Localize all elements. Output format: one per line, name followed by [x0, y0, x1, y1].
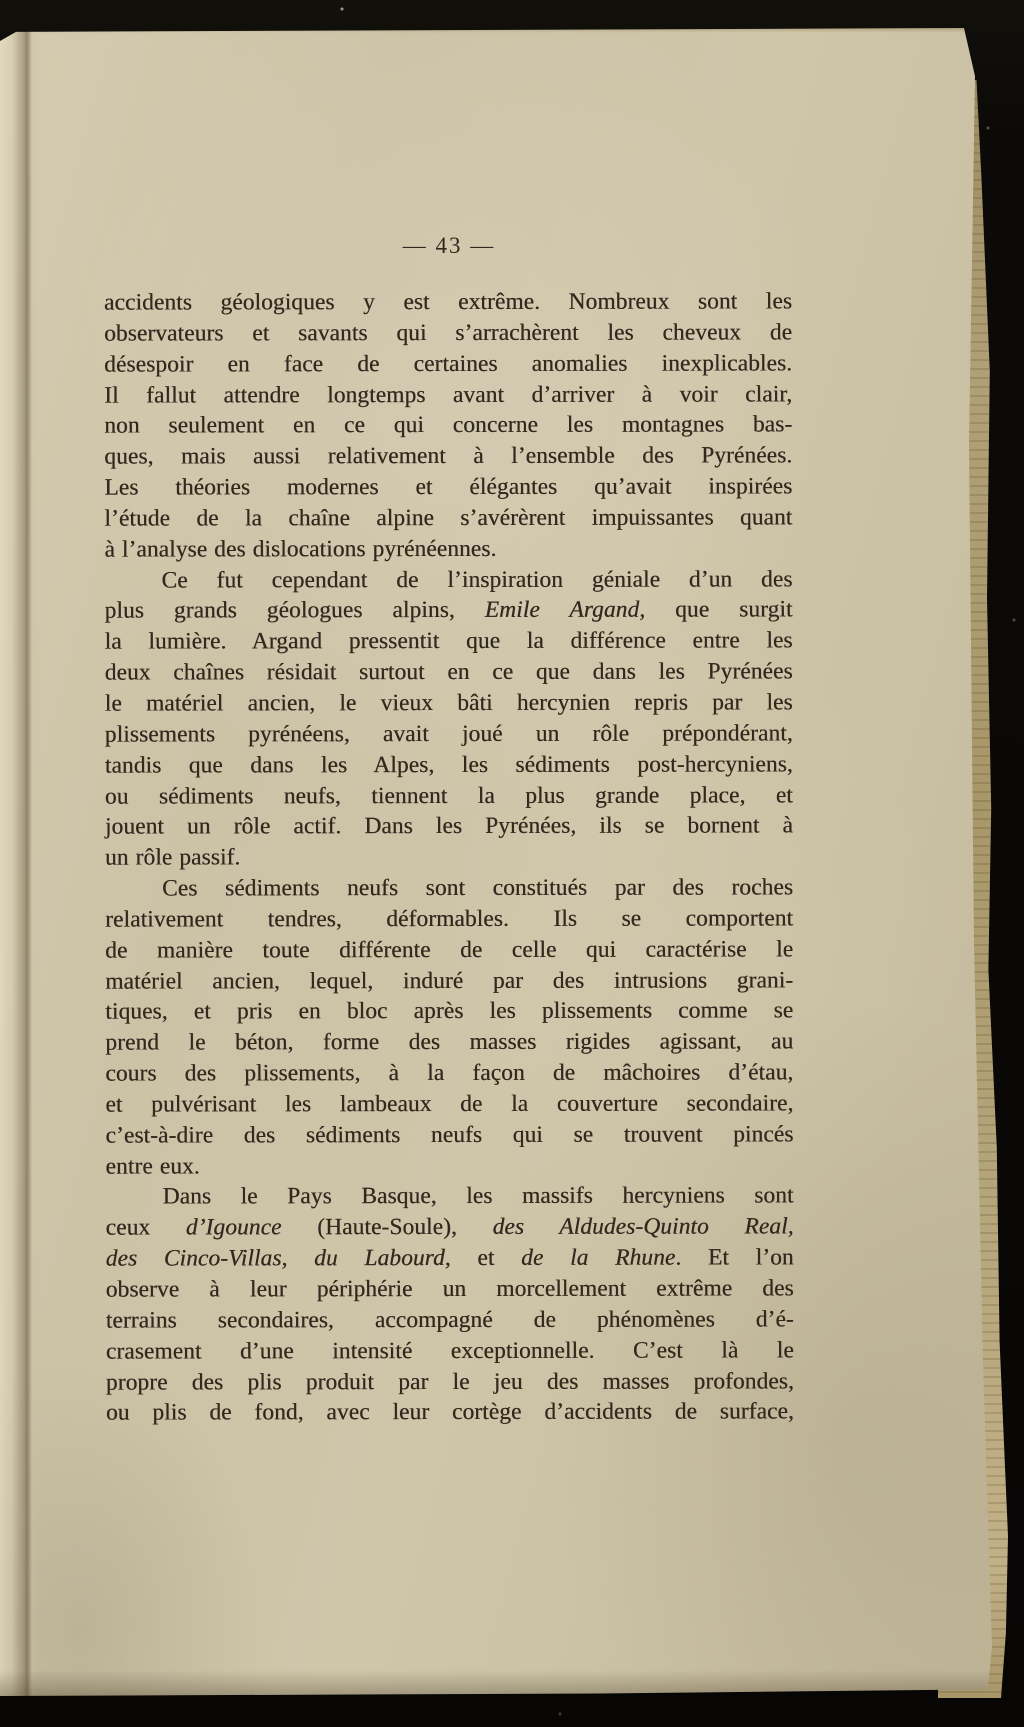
text-segment: tiques, et pris en bloc après les plisse… [105, 998, 793, 1025]
text-segment: Il fallut attendre longtemps avant d’arr… [104, 381, 792, 408]
text-line: Dans le Pays Basque, les massifs hercyni… [106, 1181, 794, 1213]
text-line: non seulement en ce qui concerne les mon… [104, 410, 792, 442]
page-bottom-shadow [0, 1670, 1000, 1696]
text-segment: de la Rhune [521, 1245, 675, 1271]
paragraph: accidents géologiques y est extrême. Nom… [104, 286, 792, 565]
text-block: accidents géologiques y est extrême. Nom… [104, 286, 794, 1428]
paragraph: Ce fut cependant de l’inspiration génial… [104, 564, 793, 874]
text-segment: Les théories modernes et élégantes qu’av… [104, 473, 792, 500]
text-line: la lumière. Argand pressentit que la dif… [105, 626, 793, 658]
text-segment: cours des plissements, à la façon de mâc… [105, 1059, 793, 1086]
text-line: prend le béton, forme des masses rigides… [105, 1027, 793, 1059]
text-segment: . Et l’on [675, 1245, 793, 1271]
text-line: désespoir en face de certaines anomalies… [104, 348, 792, 380]
text-line: un rôle passif. [105, 842, 793, 874]
text-segment: terrains secondaires, accompagné de phén… [106, 1306, 794, 1333]
text-segment: le matériel ancien, le vieux bâti hercyn… [105, 689, 793, 716]
text-segment: et pulvérisant les lambeaux de la couver… [105, 1090, 793, 1117]
text-line: matériel ancien, lequel, induré par des … [105, 965, 793, 997]
text-line: le matériel ancien, le vieux bâti hercyn… [105, 687, 793, 719]
text-line: accidents géologiques y est extrême. Nom… [104, 286, 792, 318]
text-line: Ce fut cependant de l’inspiration génial… [104, 564, 792, 596]
text-line: Les théories modernes et élégantes qu’av… [104, 471, 792, 503]
text-line: ques, mais aussi relativement à l’ensemb… [104, 441, 792, 473]
text-line: terrains secondaires, accompagné de phén… [106, 1304, 794, 1336]
text-line: Il fallut attendre longtemps avant d’arr… [104, 379, 792, 411]
text-line: jouent un rôle actif. Dans les Pyrénées,… [105, 811, 793, 843]
text-line: tiques, et pris en bloc après les plisse… [105, 996, 793, 1028]
text-line: plus grands géologues alpins, Emile Arga… [105, 595, 793, 627]
text-line: observe à leur périphérie un morcellemen… [106, 1273, 794, 1305]
text-segment: accidents géologiques y est extrême. Nom… [104, 288, 792, 315]
text-line: tandis que dans les Alpes, les sédiments… [105, 749, 793, 781]
text-segment: plus grands géologues alpins, [105, 597, 485, 624]
text-segment: observateurs et savants qui s’arrachèren… [104, 319, 792, 346]
page-left-crease [0, 26, 40, 1696]
text-segment: relativement tendres, déformables. Ils s… [105, 905, 793, 932]
text-segment: Dans le Pays Basque, les massifs hercyni… [163, 1183, 794, 1210]
text-segment: ou sédiments neufs, tiennent la plus gra… [105, 782, 793, 809]
text-segment: Ces sédiments neufs sont constitués par … [162, 874, 793, 901]
page-top-edge [20, 26, 970, 33]
text-segment: entre eux. [106, 1153, 200, 1179]
text-segment: d’Igounce [186, 1215, 282, 1241]
text-segment: un rôle passif. [105, 845, 240, 871]
text-segment: Ce fut cependant de l’inspiration génial… [161, 566, 792, 593]
text-segment: matériel ancien, lequel, induré par des … [105, 967, 793, 994]
text-line: de manière toute différente de celle qui… [105, 934, 793, 966]
text-segment: et [451, 1245, 521, 1271]
text-line: c’est-à-dire des sédiments neufs qui se … [105, 1119, 793, 1151]
text-line: propre des plis produit par le jeu des m… [106, 1366, 794, 1398]
text-segment: des Cinco-Villas, du Labourd, [106, 1245, 451, 1272]
text-line: observateurs et savants qui s’arrachèren… [104, 317, 792, 349]
text-segment: la lumière. Argand pressentit que la dif… [105, 628, 793, 655]
text-segment: ceux [106, 1215, 186, 1241]
text-segment: à l’analyse des dislocations pyrénéennes… [104, 536, 496, 563]
photo-background: — 43 — accidents géologiques y est extrê… [0, 0, 1024, 1727]
text-line: ceux d’Igounce (Haute-Soule), des Aldude… [106, 1212, 794, 1244]
text-segment: c’est-à-dire des sédiments neufs qui se … [105, 1121, 793, 1148]
text-segment: des Aldudes-Quinto Real, [493, 1214, 794, 1241]
text-line: ou sédiments neufs, tiennent la plus gra… [105, 780, 793, 812]
text-segment: jouent un rôle actif. Dans les Pyrénées,… [105, 813, 793, 840]
text-line: et pulvérisant les lambeaux de la couver… [105, 1088, 793, 1120]
text-line: deux chaînes résidait surtout en ce que … [105, 657, 793, 689]
text-segment: non seulement en ce qui concerne les mon… [104, 412, 792, 439]
text-segment: ou plis de fond, avec leur cortège d’acc… [106, 1399, 794, 1426]
text-segment: désespoir en face de certaines anomalies… [104, 350, 792, 377]
text-segment: l’étude de la chaîne alpine s’avérèrent … [104, 504, 792, 531]
text-line: des Cinco-Villas, du Labourd, et de la R… [106, 1243, 794, 1275]
page-number: — 43 — [105, 233, 793, 259]
text-segment: crasement d’une intensité exceptionnelle… [106, 1337, 794, 1364]
text-line: à l’analyse des dislocations pyrénéennes… [104, 533, 792, 565]
text-segment: Emile Argand, [485, 597, 645, 623]
text-segment: prend le béton, forme des masses rigides… [105, 1029, 793, 1056]
text-line: crasement d’une intensité exceptionnelle… [106, 1335, 794, 1367]
text-segment: ques, mais aussi relativement à l’ensemb… [104, 443, 792, 470]
text-segment: observe à leur périphérie un morcellemen… [106, 1275, 794, 1302]
text-line: cours des plissements, à la façon de mâc… [105, 1057, 793, 1089]
text-line: relativement tendres, déformables. Ils s… [105, 903, 793, 935]
text-line: plissements pyrénéens, avait joué un rôl… [105, 718, 793, 750]
text-line: Ces sédiments neufs sont constitués par … [105, 872, 793, 904]
text-line: l’étude de la chaîne alpine s’avérèrent … [104, 502, 792, 534]
paragraph: Ces sédiments neufs sont constitués par … [105, 872, 794, 1182]
text-segment: tandis que dans les Alpes, les sédiments… [105, 751, 793, 778]
text-segment: (Haute-Soule), [282, 1214, 493, 1240]
text-segment: que surgit [645, 597, 792, 623]
text-segment: propre des plis produit par le jeu des m… [106, 1368, 794, 1395]
text-segment: deux chaînes résidait surtout en ce que … [105, 659, 793, 686]
text-line: ou plis de fond, avec leur cortège d’acc… [106, 1397, 794, 1429]
paragraph: Dans le Pays Basque, les massifs hercyni… [106, 1181, 794, 1429]
text-segment: plissements pyrénéens, avait joué un rôl… [105, 720, 793, 747]
text-segment: de manière toute différente de celle qui… [105, 936, 793, 963]
text-line: entre eux. [106, 1150, 794, 1182]
